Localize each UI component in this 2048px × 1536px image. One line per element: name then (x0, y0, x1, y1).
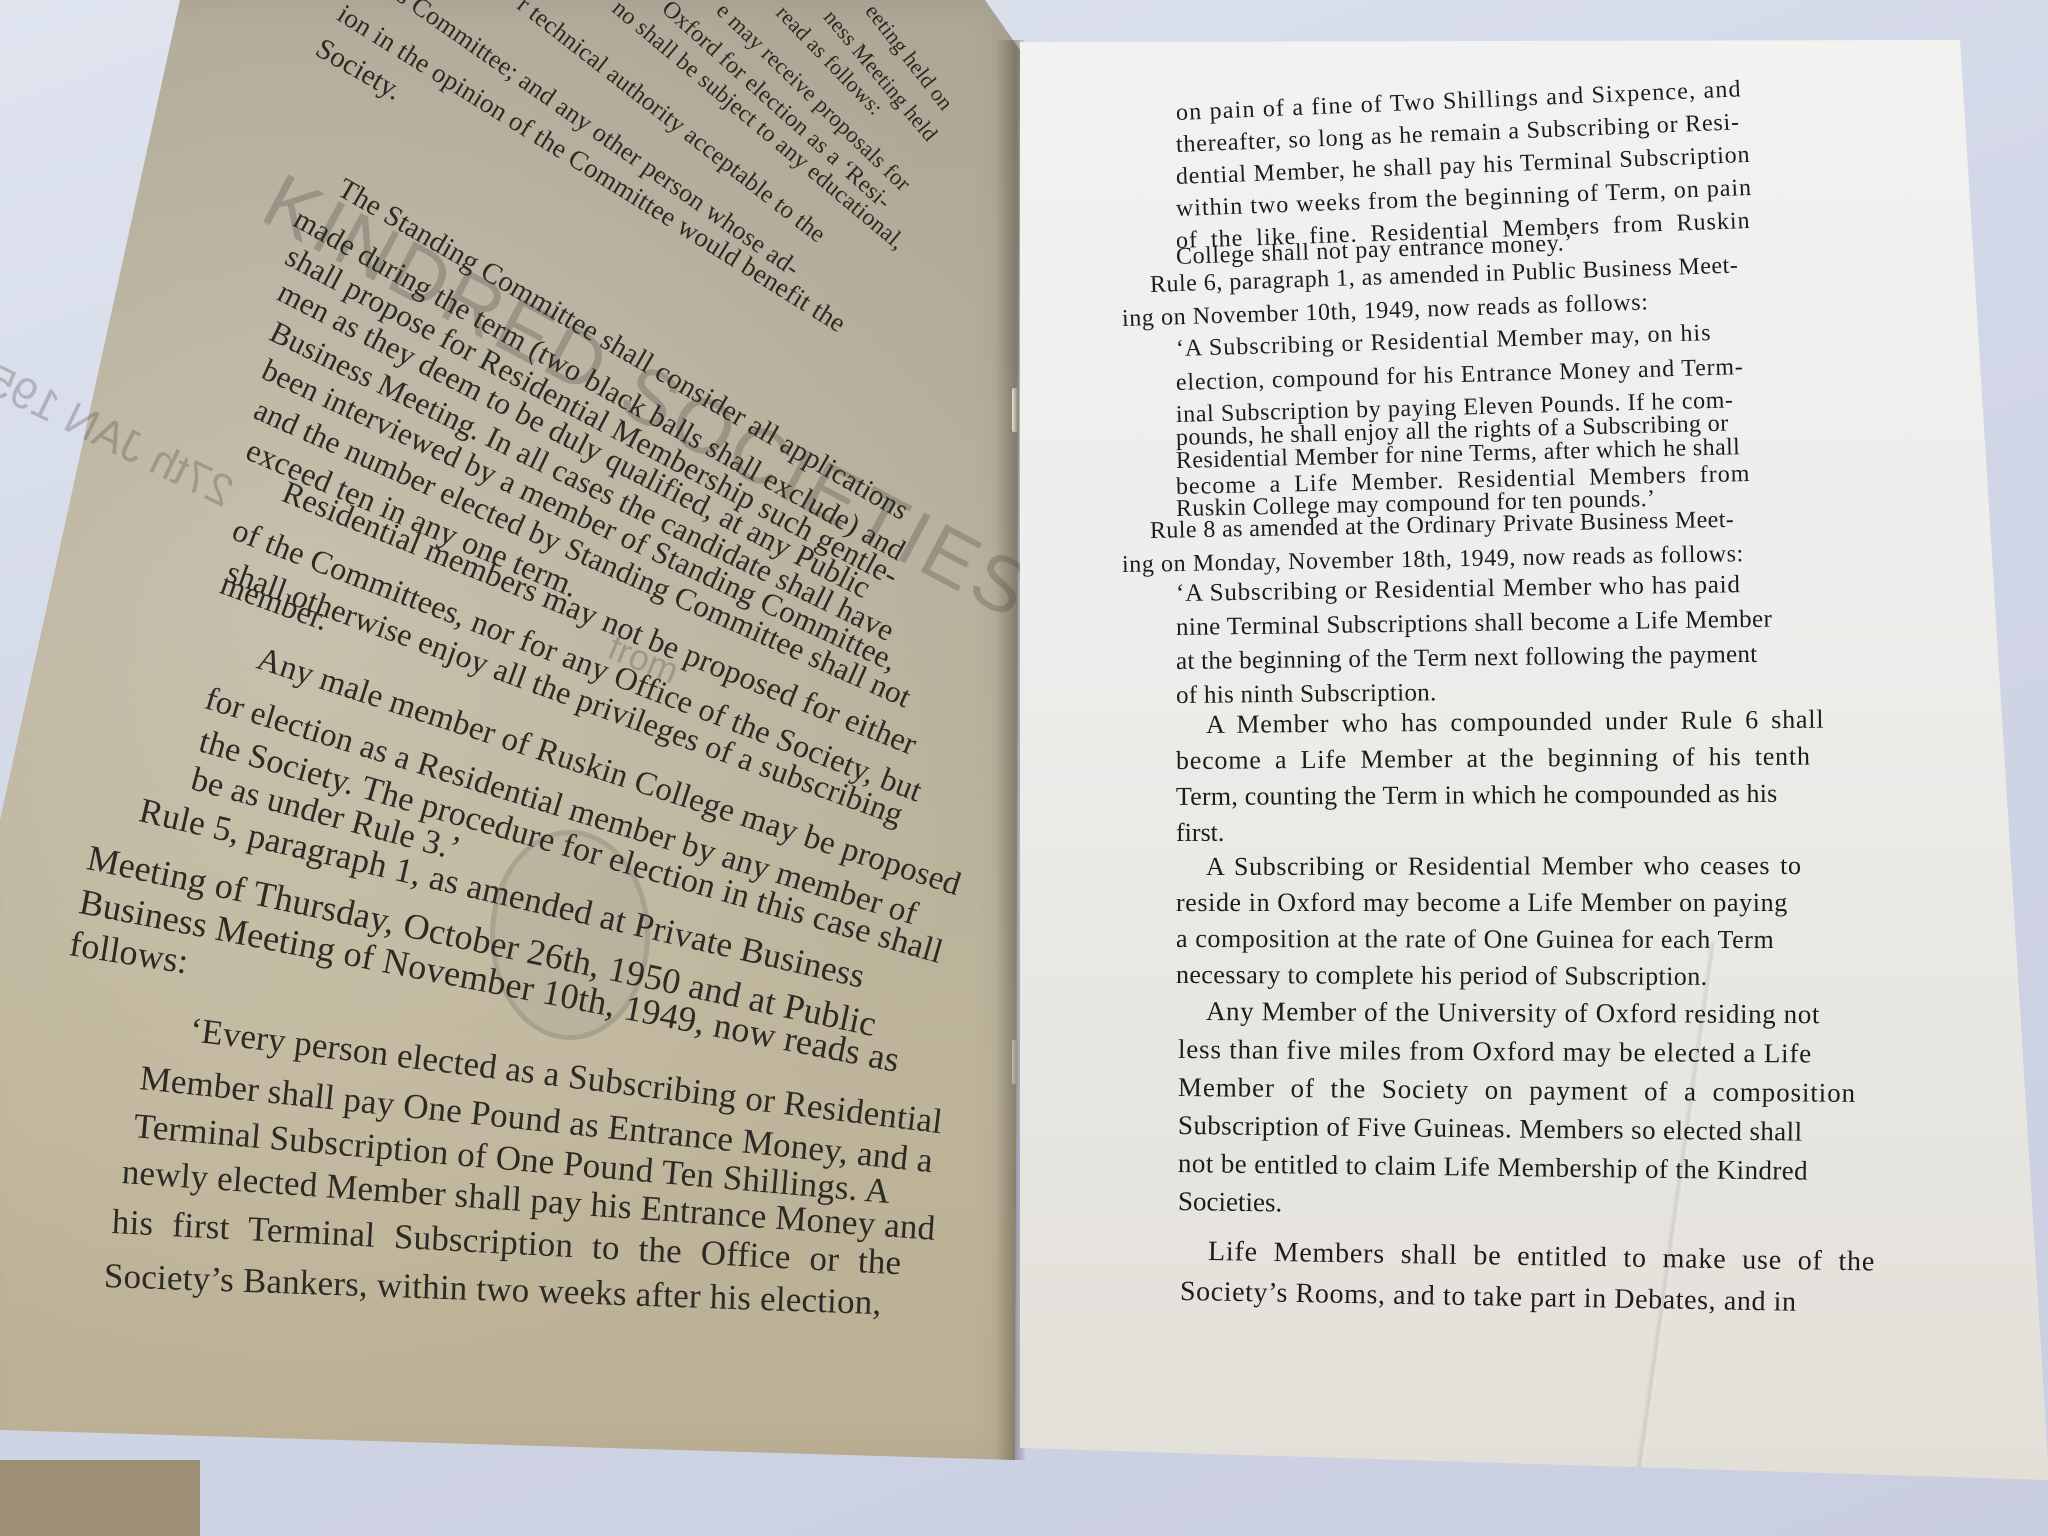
page-crease (1631, 942, 1717, 1498)
staple-top (1012, 388, 1018, 432)
underlying-booklet-edge (0, 1460, 200, 1536)
bleed-through-date: 27th JAN 1950 (0, 345, 241, 518)
left-page-text: KINDRED SOCIETIES 27th JAN 1950 from eet… (0, 0, 1020, 1460)
staple-bottom (1012, 1040, 1018, 1084)
photo-scene: KINDRED SOCIETIES 27th JAN 1950 from eet… (0, 0, 2048, 1536)
right-page (1020, 40, 2048, 1480)
